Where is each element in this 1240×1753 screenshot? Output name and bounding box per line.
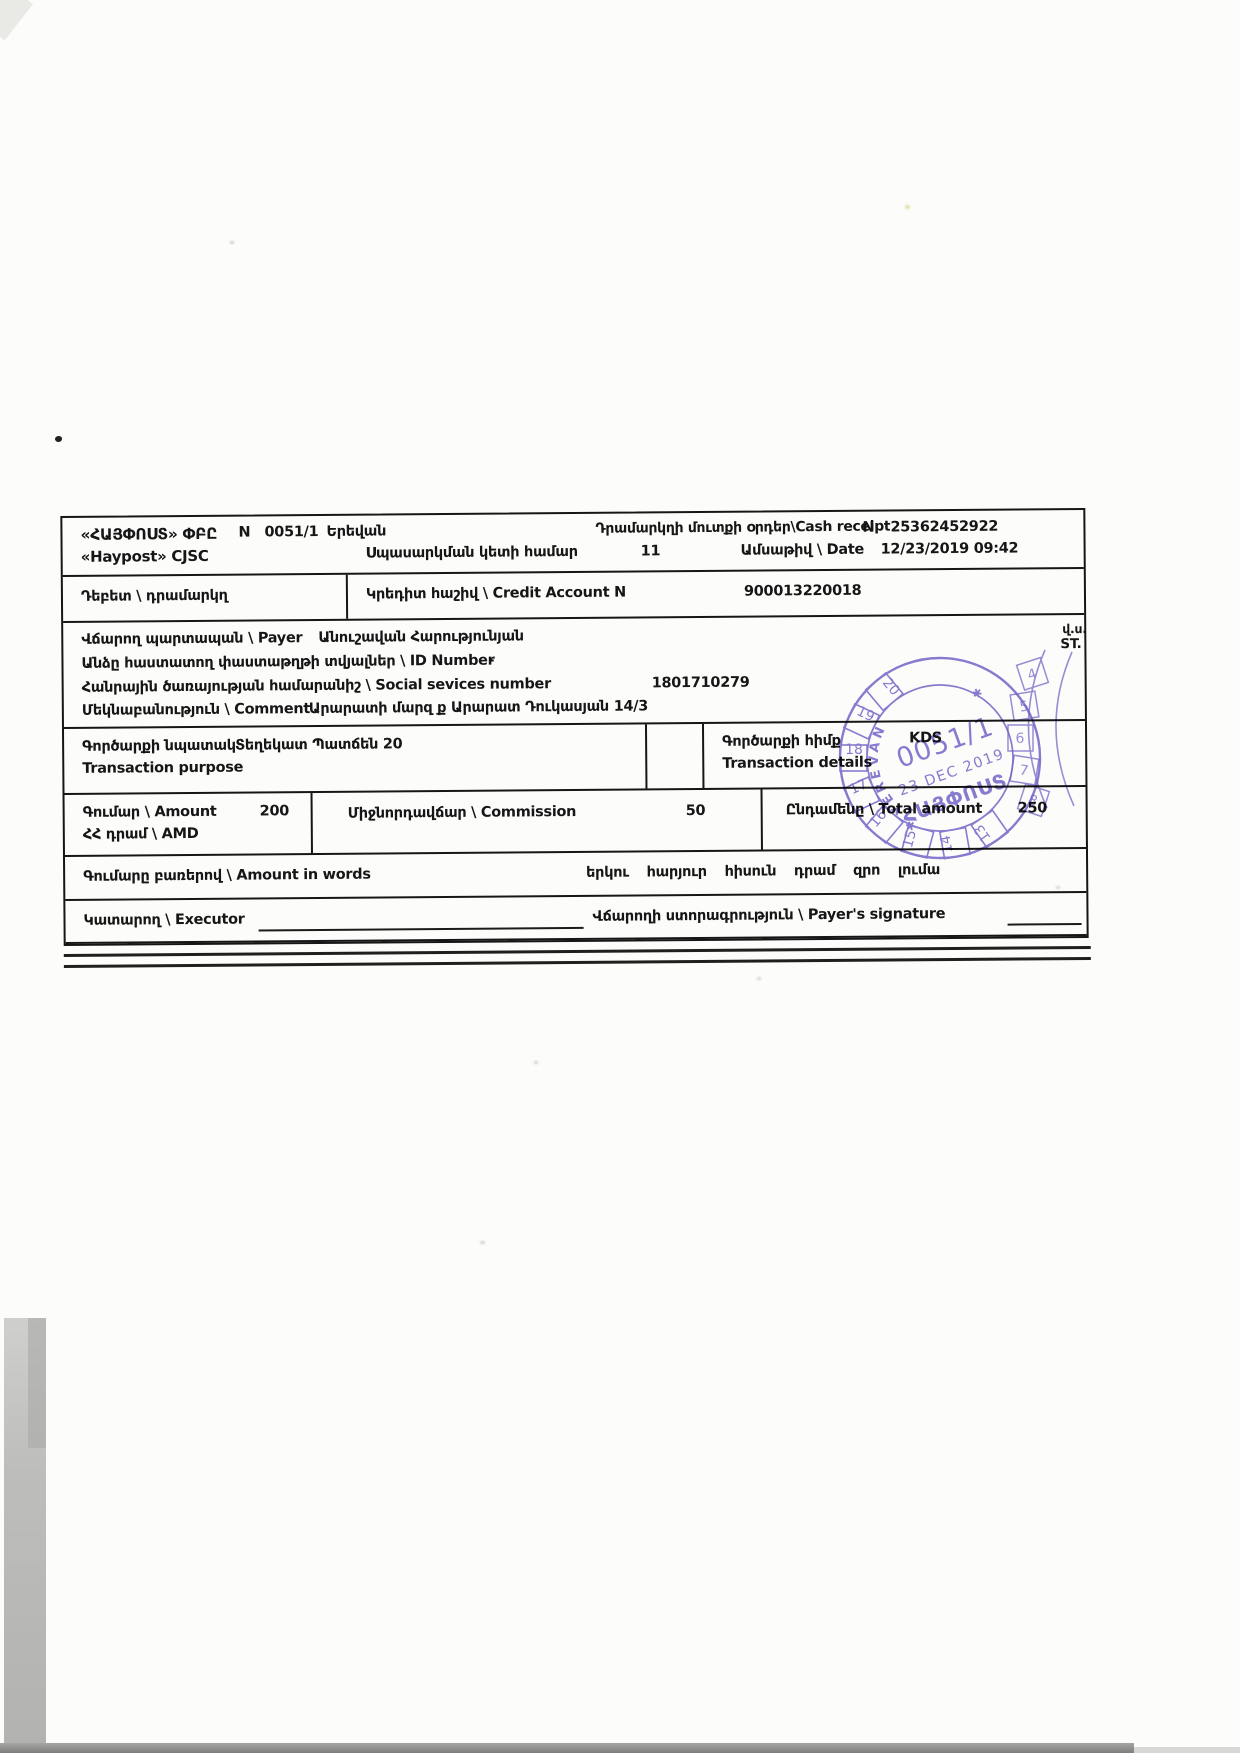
- stamp-ring-number: 14: [938, 834, 957, 854]
- executor-label: Կատարող \ Executor: [83, 912, 244, 929]
- scan-corner-smudge: [0, 0, 33, 40]
- purpose-label-armenian: Գործարքի նպատակ: [82, 738, 236, 755]
- scan-edge-strip-shade: [28, 1318, 46, 1448]
- cell-divider: [760, 790, 762, 850]
- stamp-side-number: 6: [1016, 731, 1025, 747]
- purpose-label-english: Transaction purpose: [82, 760, 243, 777]
- receipt-number: 25362452922: [890, 519, 998, 536]
- service-point-number: 11: [641, 543, 661, 559]
- payer-label: Վճարող պարտապան \ Payer: [81, 630, 302, 648]
- stamp-ring-number: 18: [845, 742, 863, 758]
- credit-account-label: Կրեդիտ հաշիվ \ Credit Account N: [366, 585, 626, 603]
- scan-speck: [534, 1061, 538, 1064]
- ink-dot: [55, 436, 62, 442]
- payer-signature-label: Վճարողի ստորագրություն \ Payer's signatu…: [592, 906, 945, 925]
- receipt-header: «ՀԱՅՓՈՍՏ» ՓԲԸ N 0051/1 Երեվան Դրամարկղի …: [62, 510, 1083, 577]
- amount-label: Գումար \ Amount: [83, 804, 217, 821]
- scan-speck: [757, 977, 761, 980]
- stamp-ring-number: 20: [879, 675, 903, 699]
- scan-bottom-edge: [0, 1743, 1134, 1753]
- amount-words-label: Գումարը բառերով \ Amount in words: [83, 867, 371, 885]
- id-number-value: -: [488, 653, 494, 669]
- stamp-side-number: 5: [1018, 698, 1029, 715]
- org-name-armenian: «ՀԱՅՓՈՍՏ» ՓԲԸ: [80, 525, 217, 544]
- stamp-ring-number: 16: [867, 807, 891, 831]
- tear-line: [64, 946, 1091, 957]
- amount-value: 200: [260, 803, 289, 819]
- partial-stamp-fragment: 4 5 6 7 8: [1008, 650, 1074, 816]
- purpose-value: Տեղեկատ Պատճեն 20: [235, 736, 402, 753]
- scan-bottom-edge-light: [1134, 1747, 1240, 1753]
- signatures-row: Կատարող \ Executor Վճարողի ստորագրությու…: [65, 893, 1086, 944]
- office-city: Երեվան: [326, 523, 386, 539]
- comment-value: Արարատի մարզ ք Արարատ Դուկասյան 14/3: [309, 698, 648, 717]
- service-point-label: Սպասարկման կետի համար: [366, 544, 578, 562]
- tear-line: [64, 957, 1091, 968]
- office-number: 0051/1: [264, 524, 318, 540]
- receipt-n-label: N: [862, 520, 874, 536]
- commission-label: Միջնորդավճար \ Commission: [348, 804, 577, 822]
- stamp-side-number: 7: [1018, 762, 1029, 779]
- id-number-label: Անձը հաստատող փաստաթղթի տվյալներ \ ID Nu…: [81, 653, 494, 672]
- stamp-ring-number: 19: [854, 703, 877, 725]
- org-name-english: «Haypost» CJSC: [81, 547, 209, 566]
- stamp-side-number: 8: [1026, 792, 1039, 810]
- debit-label: Դեբետ \ դրամարկղ: [81, 588, 228, 605]
- scan-speck: [905, 205, 910, 209]
- social-services-number: 1801710279: [652, 675, 750, 692]
- stamp-ring-number: 13: [971, 821, 994, 845]
- cell-divider: [346, 575, 348, 619]
- payer-signature-line: [1008, 923, 1082, 926]
- document-title: Դրամարկղի մուտքի օրդեր\Cash receipt: [595, 519, 890, 537]
- scan-speck: [480, 1241, 485, 1244]
- payer-name: Անուշավան Հարությունյան: [318, 628, 524, 646]
- cell-divider: [702, 724, 705, 788]
- comment-label: Մեկնաբանություն \ Comment: [82, 701, 310, 719]
- cell-divider: [311, 793, 313, 853]
- executor-signature-line: [259, 927, 584, 932]
- currency-label: ՀՀ դրամ \ AMD: [83, 826, 199, 843]
- date-value: 12/23/2019 09:42: [881, 541, 1019, 558]
- social-services-label: Հանրային ծառայության համարանիշ \ Social …: [82, 676, 551, 696]
- credit-account-number: 900013220018: [744, 583, 862, 600]
- cell-divider: [645, 724, 648, 788]
- scan-speck: [230, 241, 234, 244]
- commission-value: 50: [686, 803, 706, 819]
- postal-stamp: 13 14 15 16 17 18 19 20 YEREVAN ✱ ✱ 0051…: [818, 628, 1118, 898]
- office-n-label: N: [238, 525, 250, 541]
- date-label: Ամսաթիվ \ Date: [741, 542, 865, 559]
- accounts-row: Դեբետ \ դրամարկղ Կրեդիտ հաշիվ \ Credit A…: [63, 569, 1084, 623]
- stamp-ring-number: 17: [847, 776, 870, 798]
